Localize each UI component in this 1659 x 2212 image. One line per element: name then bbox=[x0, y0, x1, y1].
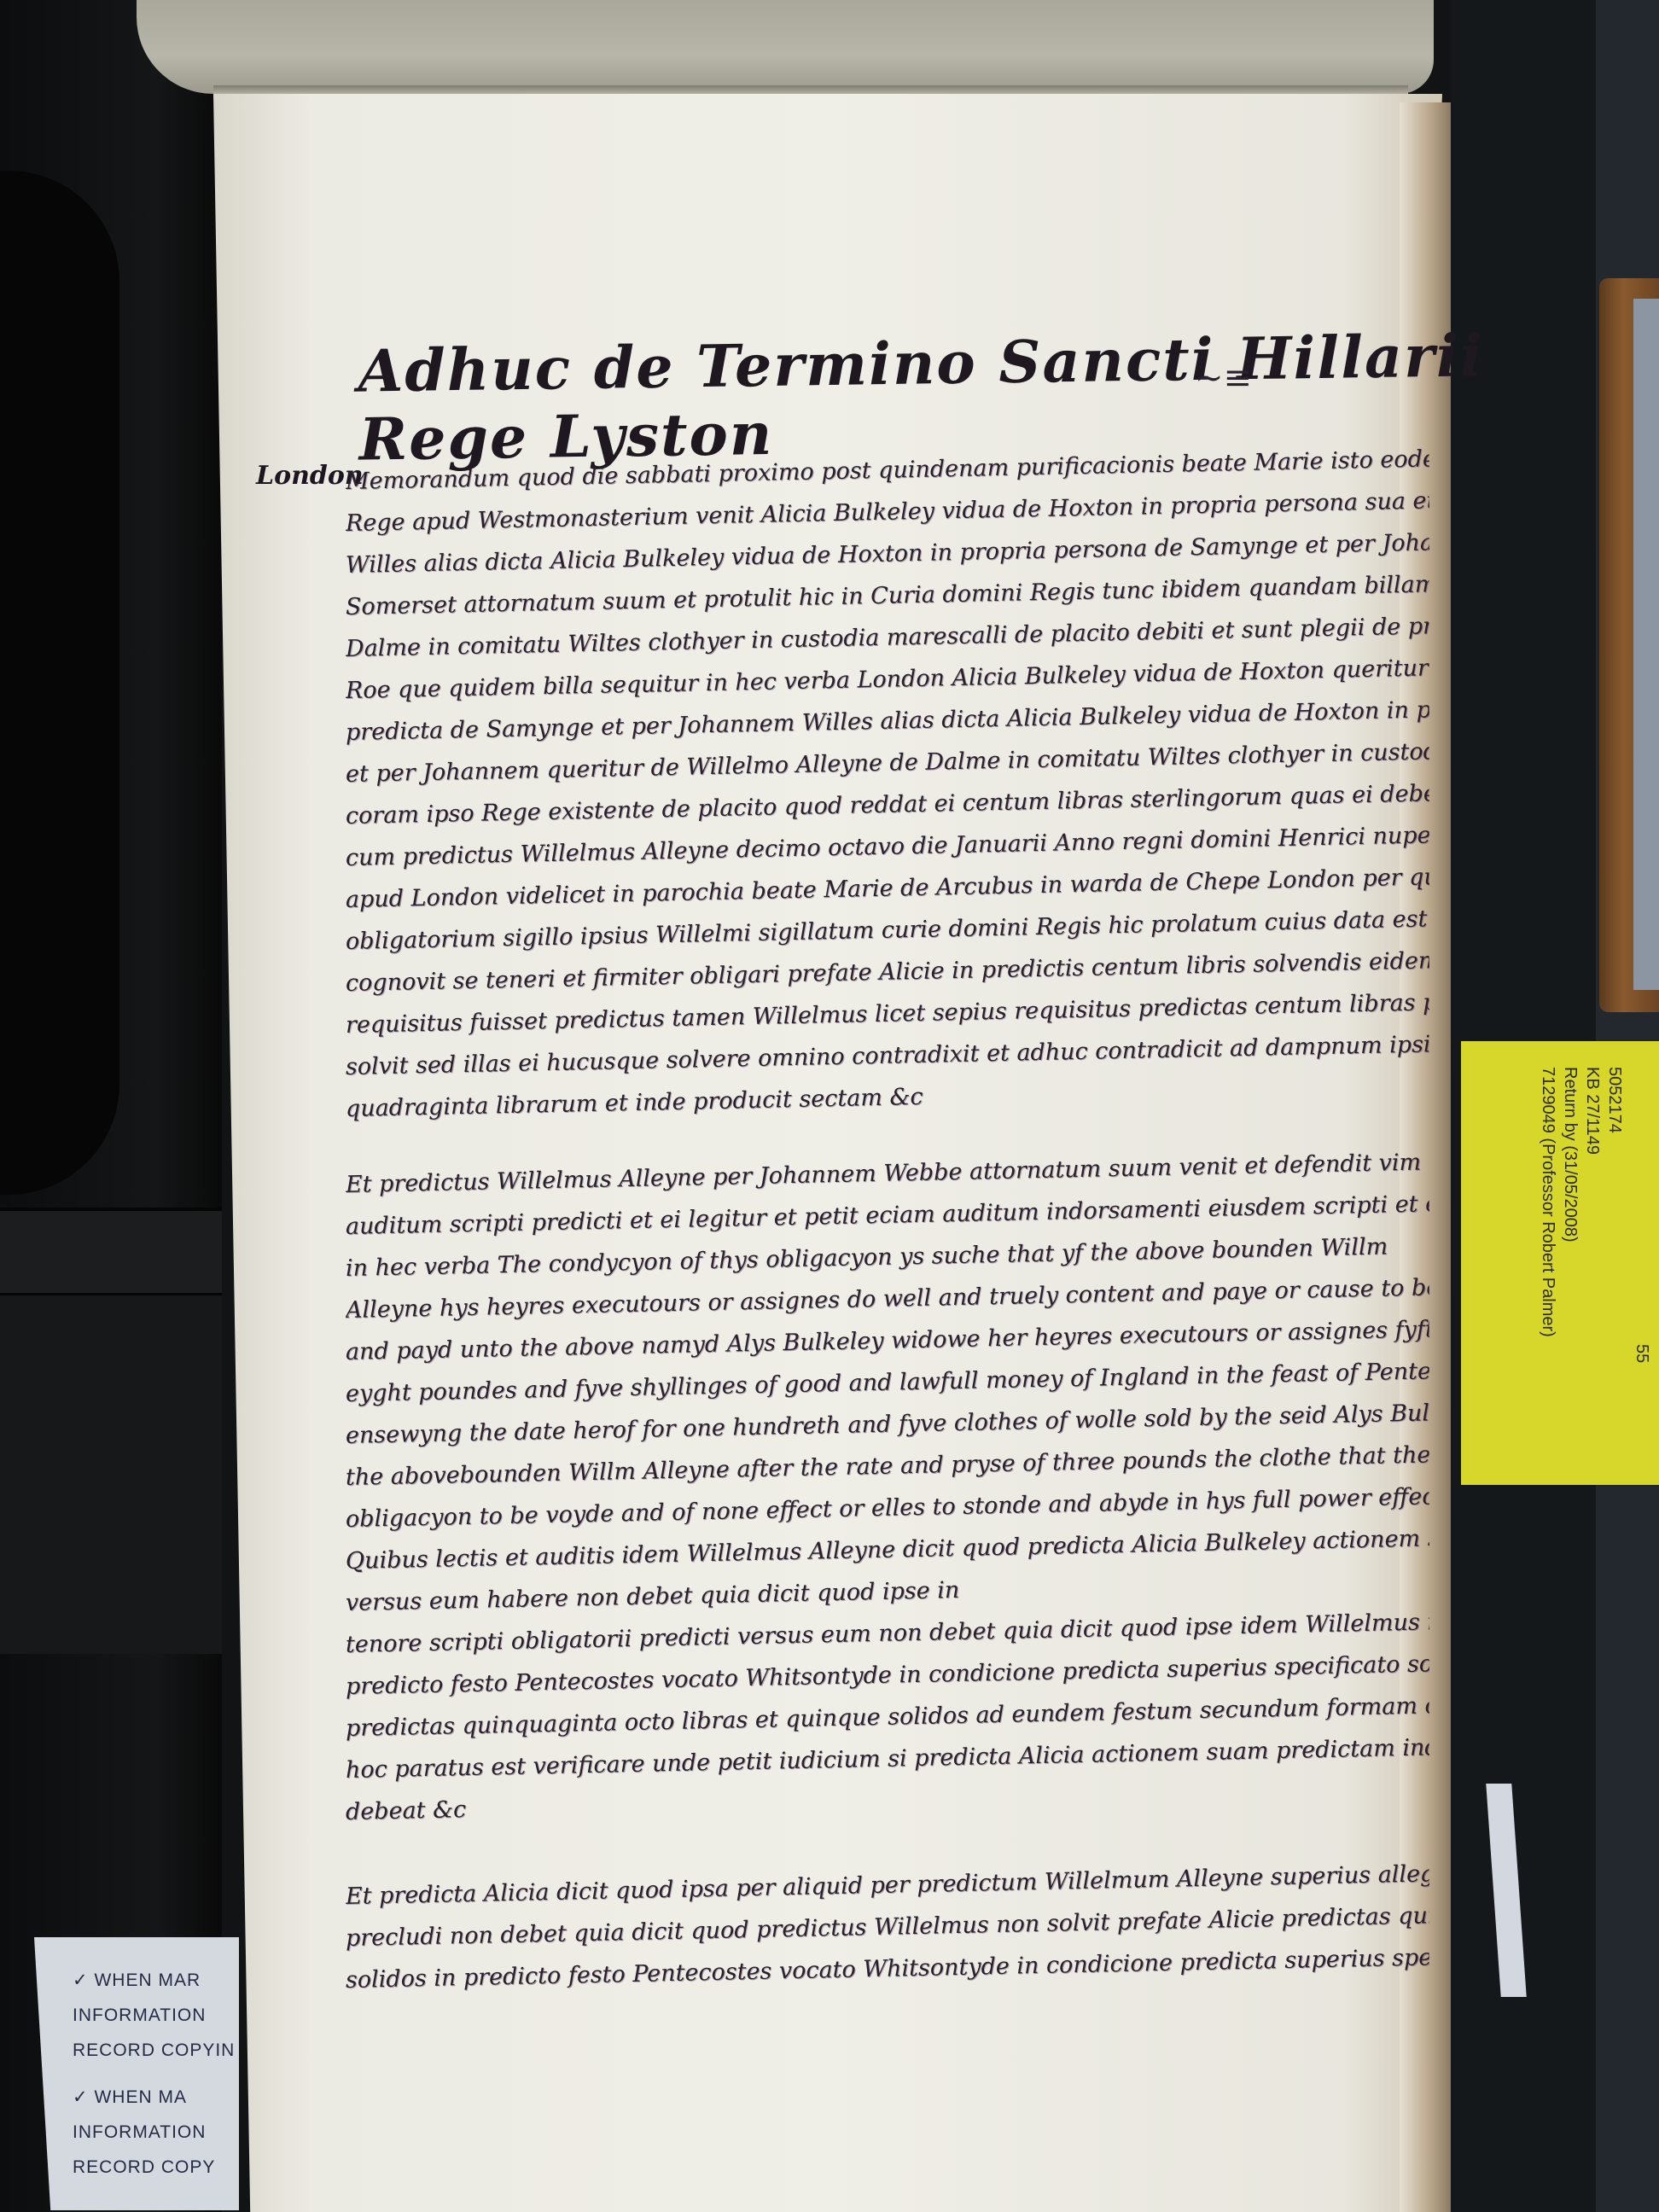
copying-guidance-text: ✓ WHEN MAR INFORMATION RECORD COPYIN ✓ W… bbox=[73, 1963, 243, 2185]
slip-item-2-line-3: RECORD COPY bbox=[73, 2150, 243, 2185]
slip-item-2-line-2: INFORMATION bbox=[73, 2115, 243, 2150]
checkmark-icon: ✓ bbox=[73, 1970, 89, 1990]
background-dark-curve bbox=[0, 171, 119, 1195]
tag-reader: 7129049 (Professor Robert Palmer) bbox=[1537, 1067, 1559, 1476]
manuscript-text-block: Memorandum quod die sabbati proximo post… bbox=[346, 461, 1429, 2001]
tag-page-number: 55 bbox=[1632, 1344, 1651, 1363]
checkmark-icon: ✓ bbox=[73, 2087, 89, 2107]
flourish-icon: ~≡ bbox=[1195, 358, 1252, 398]
tag-document-number: 5052174 bbox=[1604, 1067, 1626, 1476]
slip-item-2-line-1: ✓ WHEN MA bbox=[73, 2080, 243, 2115]
parchment-roll-top bbox=[137, 0, 1434, 94]
tag-return-by: Return by (31/05/2008) bbox=[1559, 1067, 1581, 1476]
background-left-band-lower bbox=[0, 1293, 222, 1654]
slip-item-1-line-1: ✓ WHEN MAR bbox=[73, 1963, 243, 1998]
slip-item-1-line-2: INFORMATION bbox=[73, 1998, 243, 2033]
archive-tag-text: 5052174 KB 27/1149 Return by (31/05/2008… bbox=[1537, 1067, 1626, 1476]
background-left-band bbox=[0, 1208, 222, 1296]
tag-reference: KB 27/1149 bbox=[1581, 1067, 1604, 1476]
slip-item-1-line-3: RECORD COPYIN bbox=[73, 2033, 243, 2068]
